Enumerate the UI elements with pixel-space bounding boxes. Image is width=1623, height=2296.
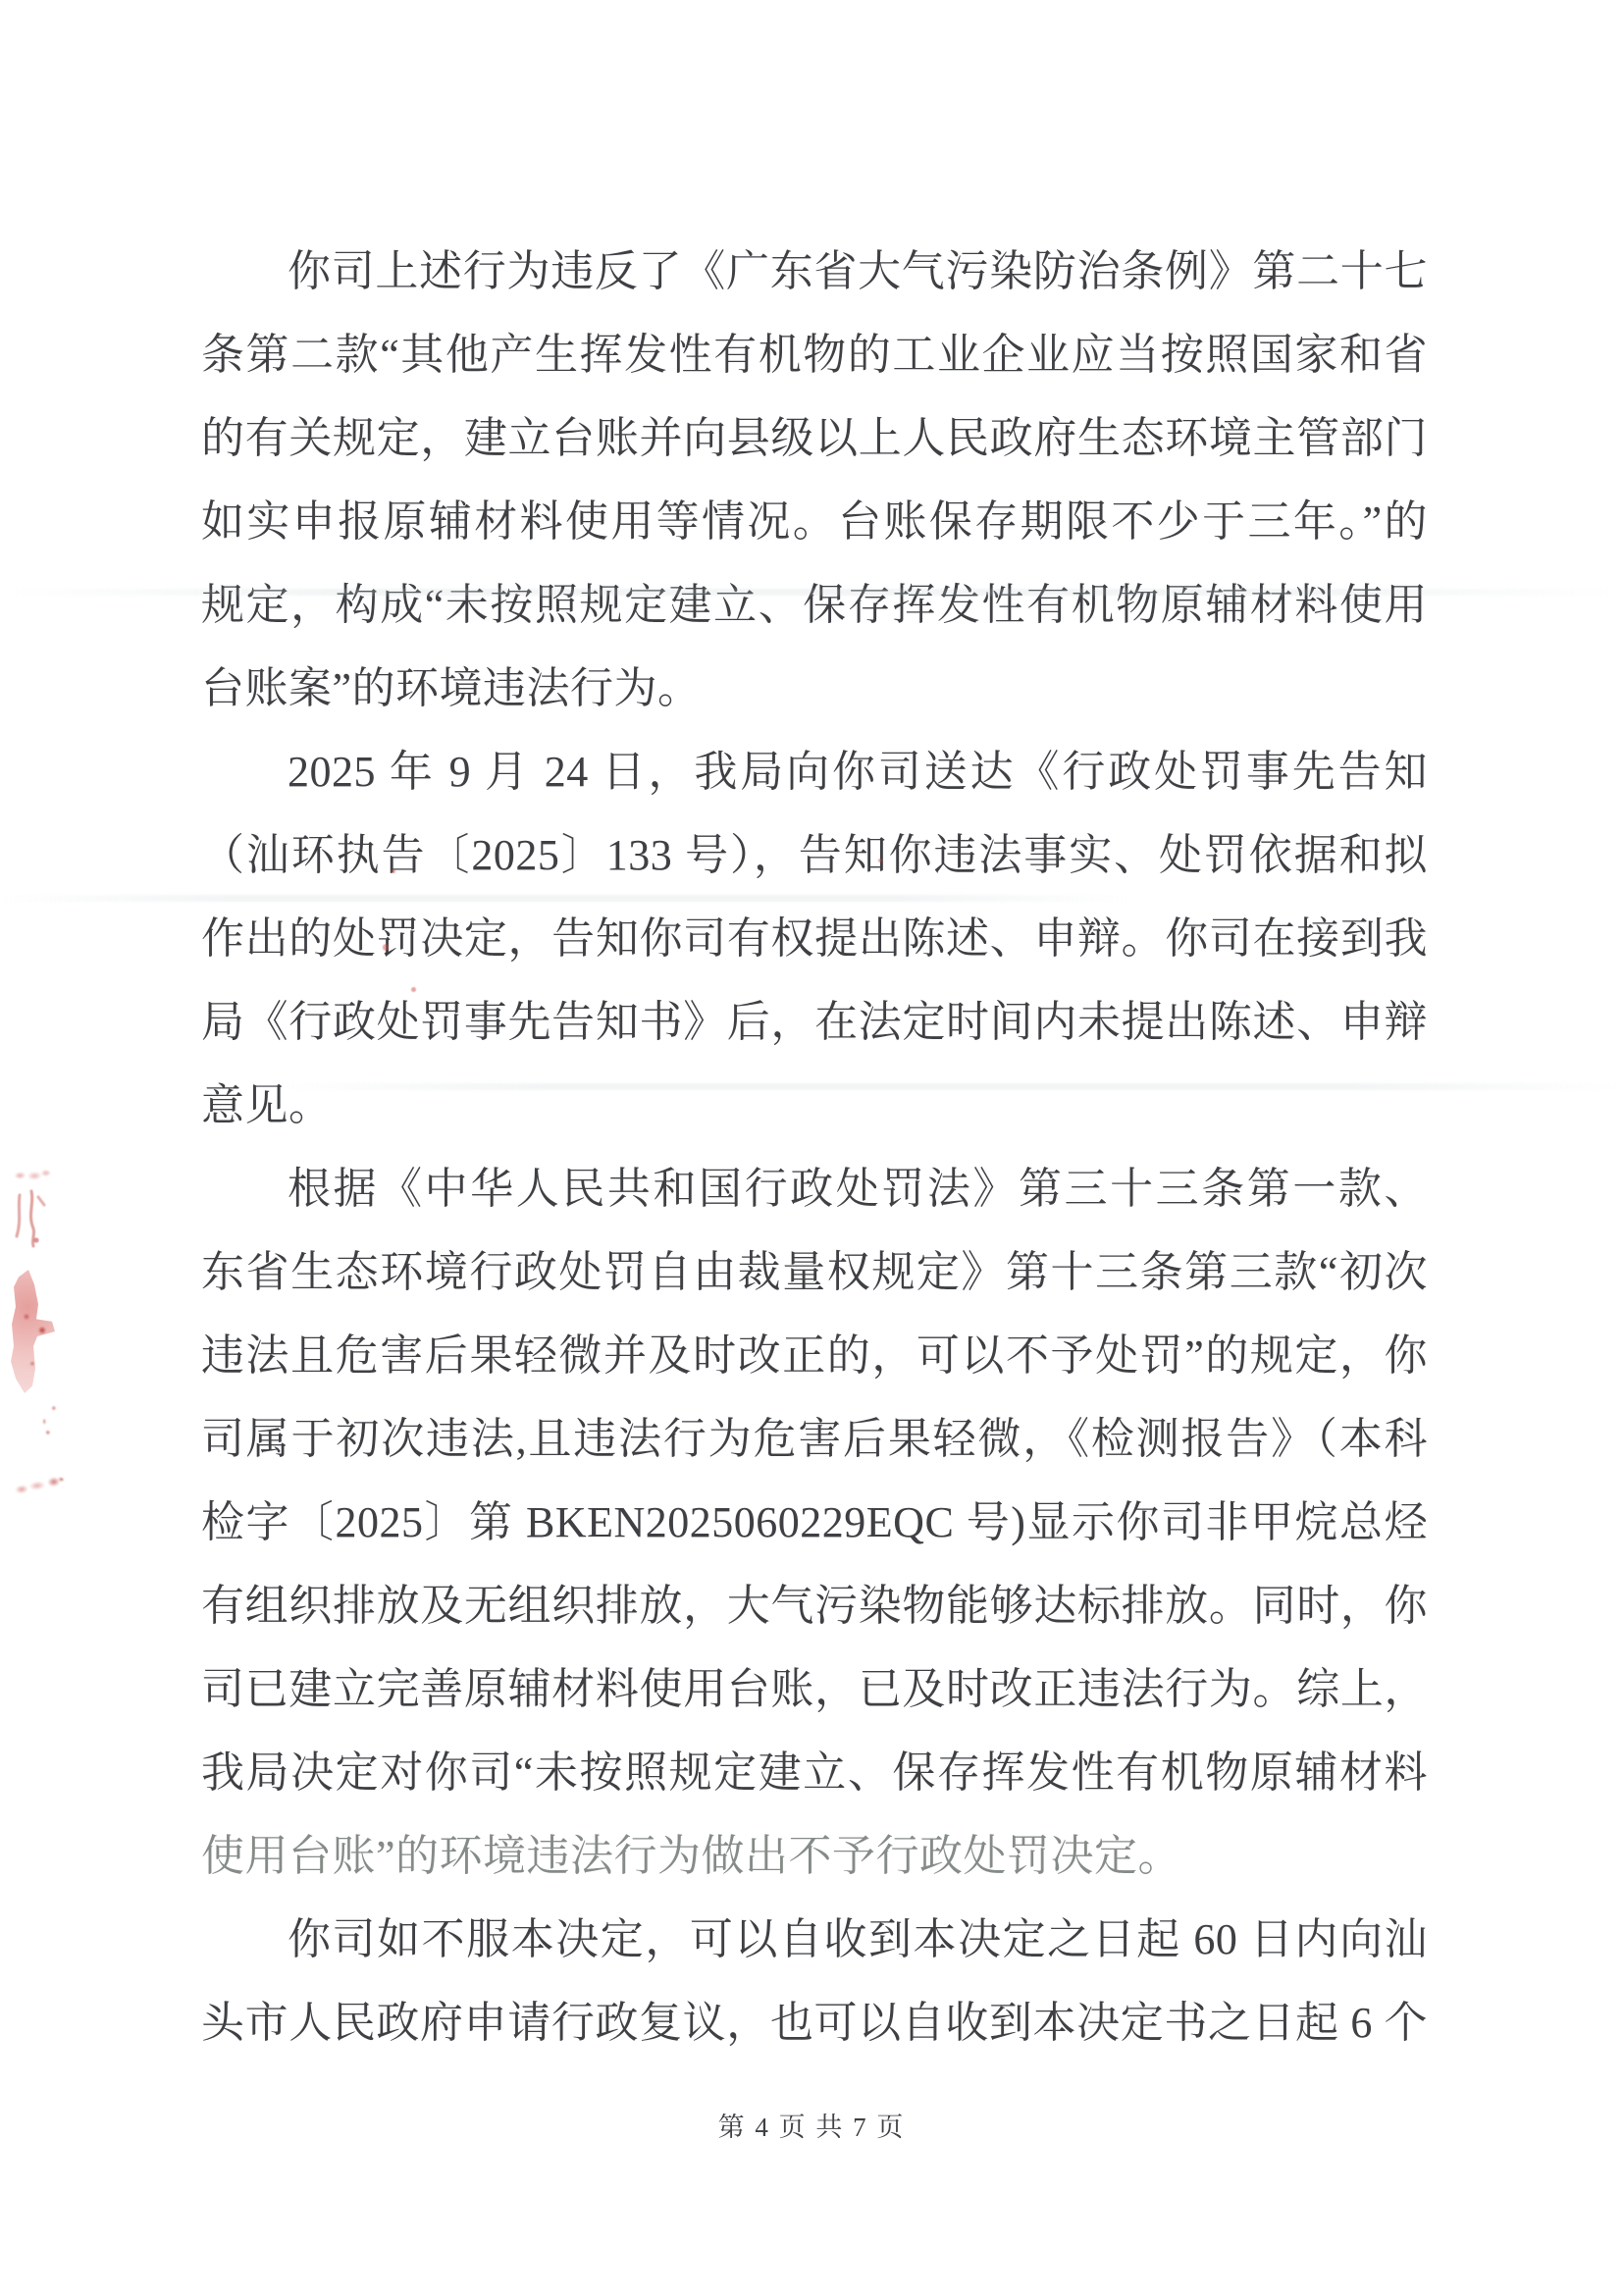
text-line: 我局决定对你司“未按照规定建立、保存挥发性有机物原辅材料	[201, 1731, 1428, 1814]
text-line: 条第二款“其他产生挥发性有机物的工业企业应当按照国家和省	[201, 313, 1428, 396]
text-line: 使用台账”的环境违法行为做出不予行政处罚决定。	[201, 1814, 1428, 1898]
paragraph-violation: 你司上述行为违反了《广东省大气污染防治条例》第二十七 条第二款“其他产生挥发性有…	[201, 230, 1428, 730]
red-stamp-smudge-fragment	[11, 1474, 66, 1497]
red-stamp-scribble-fragment	[6, 1189, 51, 1254]
text-line: 的有关规定，建立台账并向县级以上人民政府生态环境主管部门	[201, 396, 1428, 480]
text-line: 规定，构成“未按照规定建立、保存挥发性有机物原辅材料使用	[201, 563, 1428, 647]
text-line: （汕环执告〔2025〕133 号），告知你违法事实、处罚依据和拟	[201, 813, 1428, 897]
paragraph-appeal-rights: 你司如不服本决定，可以自收到本决定之日起 60 日内向汕 头市人民政府申请行政复…	[201, 1898, 1428, 2064]
text-line: 意见。	[201, 1064, 1428, 1147]
text-line: 你司上述行为违反了《广东省大气污染防治条例》第二十七	[201, 230, 1428, 313]
text-line: 如实申报原辅材料使用等情况。台账保存期限不少于三年。”的	[201, 480, 1428, 563]
text-line: 检字〔2025〕第 BKEN2025060229EQC 号)显示你司非甲烷总烃	[201, 1481, 1428, 1564]
text-line: 有组织排放及无组织排放，大气污染物能够达标排放。同时，你	[201, 1564, 1428, 1647]
text-line: 东省生态环境行政处罚自由裁量权规定》第十三条第三款“初次	[201, 1230, 1428, 1314]
text-line: 头市人民政府申请行政复议，也可以自收到本决定书之日起 6 个	[201, 1981, 1428, 2064]
text-line: 作出的处罚决定，告知你司有权提出陈述、申辩。你司在接到我	[201, 897, 1428, 980]
page-number: 第 4 页 共 7 页	[718, 2113, 906, 2142]
text-line: 司属于初次违法,且违法行为危害后果轻微，《检测报告》（本科	[201, 1397, 1428, 1481]
document-page: 你司上述行为违反了《广东省大气污染防治条例》第二十七 条第二款“其他产生挥发性有…	[0, 0, 1623, 2296]
text-line: 2025 年 9 月 24 日，我局向你司送达《行政处罚事先告知书》	[201, 730, 1428, 813]
paragraph-prior-notice: 2025 年 9 月 24 日，我局向你司送达《行政处罚事先告知书》 （汕环执告…	[201, 730, 1428, 1147]
text-line: 根据《中华人民共和国行政处罚法》第三十三条第一款、《广	[201, 1147, 1428, 1230]
text-line: 台账案”的环境违法行为。	[201, 647, 1428, 730]
document-body: 你司上述行为违反了《广东省大气污染防治条例》第二十七 条第二款“其他产生挥发性有…	[201, 230, 1428, 2064]
page-footer: 第 4 页 共 7 页	[0, 2106, 1623, 2144]
text-line: 司已建立完善原辅材料使用台账，已及时改正违法行为。综上，	[201, 1647, 1428, 1731]
text-line: 违法且危害后果轻微并及时改正的，可以不予处罚”的规定，你	[201, 1314, 1428, 1397]
paragraph-decision-basis: 根据《中华人民共和国行政处罚法》第三十三条第一款、《广 东省生态环境行政处罚自由…	[201, 1147, 1428, 1898]
text-line: 局《行政处罚事先告知书》后，在法定时间内未提出陈述、申辩	[201, 980, 1428, 1064]
red-stamp-fragment	[10, 1168, 52, 1184]
red-stamp-blob-fragment	[8, 1270, 57, 1393]
red-stamp-dots-fragment	[37, 1403, 61, 1436]
text-line: 你司如不服本决定，可以自收到本决定之日起 60 日内向汕	[201, 1898, 1428, 1981]
